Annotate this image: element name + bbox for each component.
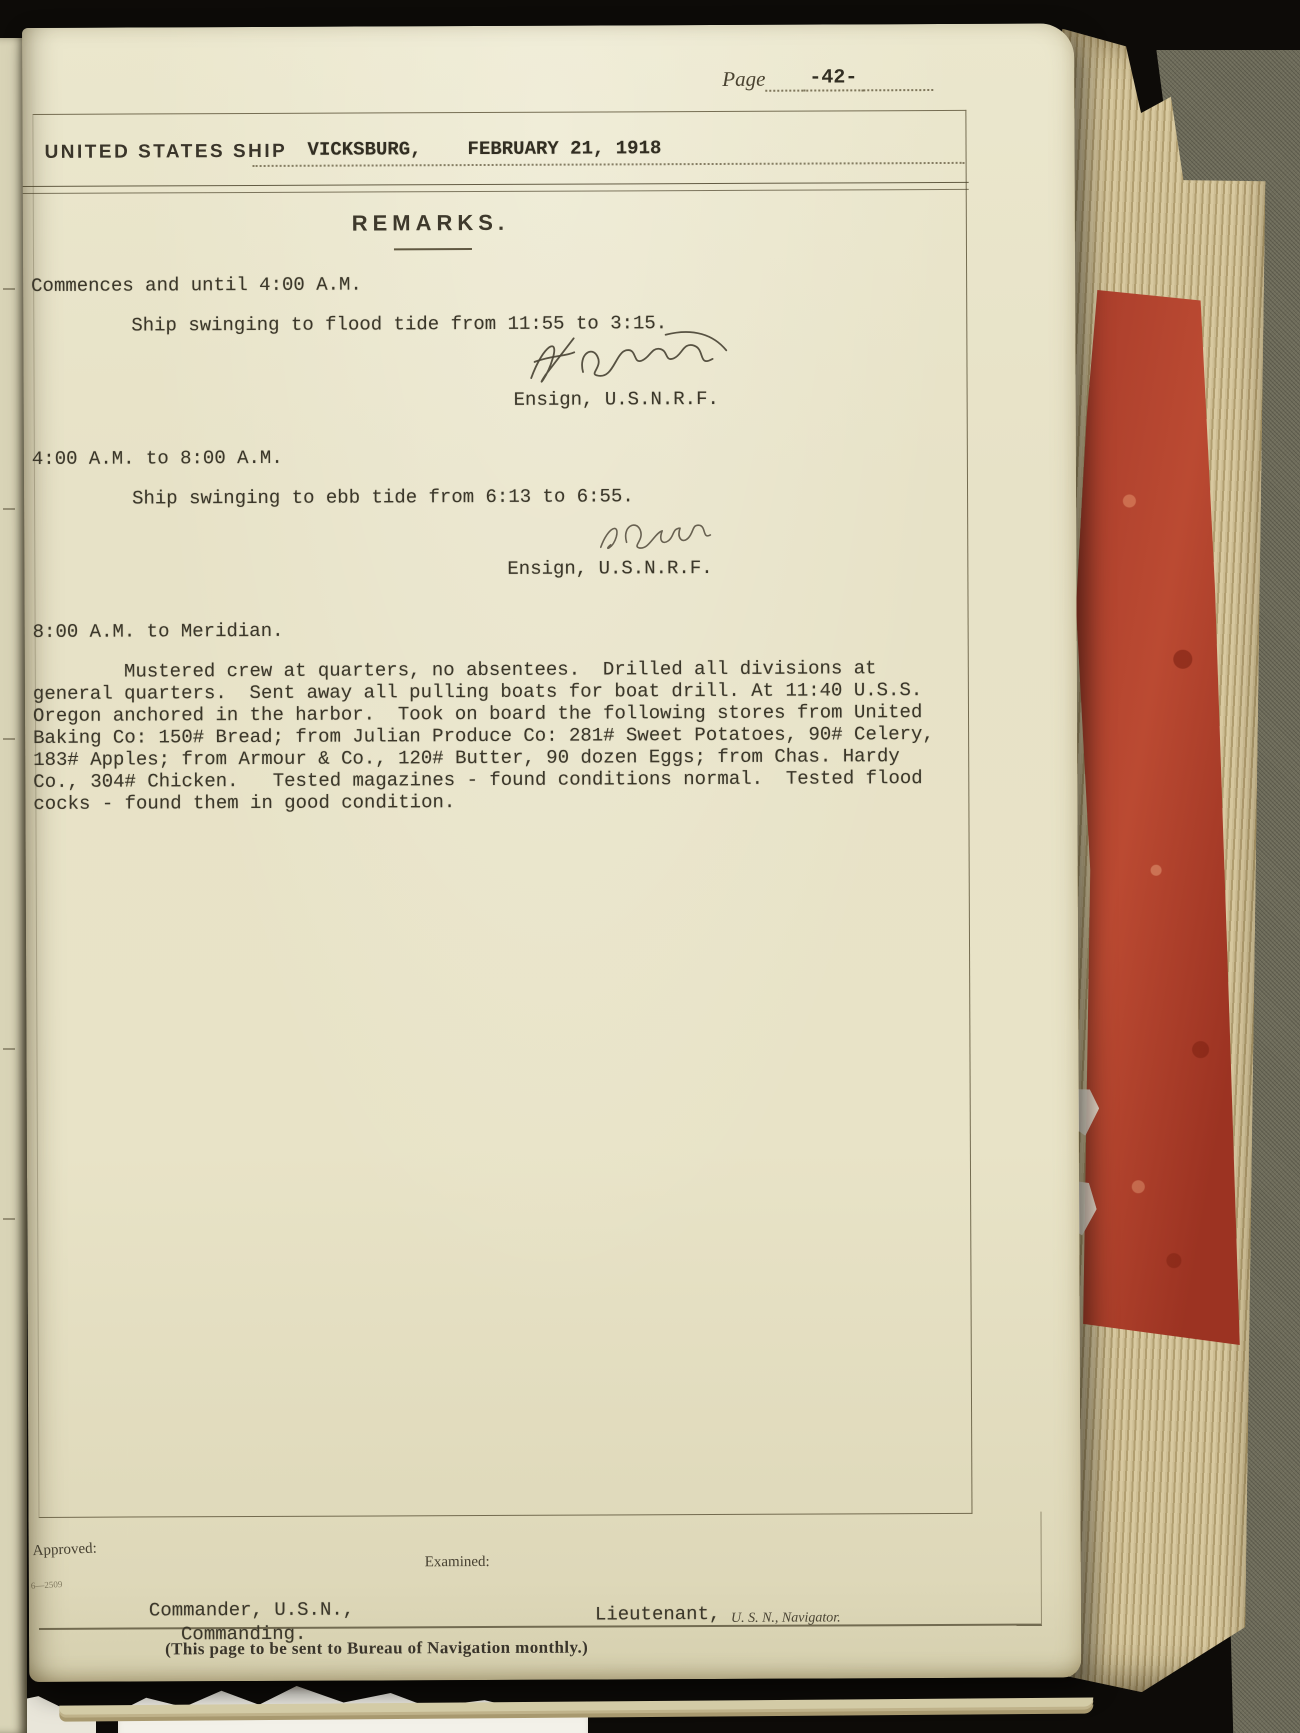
commander-title-line1: Commander, U.S.N., — [149, 1599, 354, 1622]
bureau-note: (This page to be sent to Bureau of Navig… — [165, 1638, 588, 1660]
signature-blee — [592, 512, 968, 552]
log-paragraph: Mustered crew at quarters, no absentees.… — [33, 657, 970, 815]
page-number: -42- — [803, 66, 863, 91]
form-number: 6—2509 — [31, 1579, 63, 1591]
navigator-print-label: U. S. N., Navigator. — [731, 1610, 841, 1626]
page-label: Page — [722, 67, 765, 92]
page-fragment-mark — [3, 1048, 15, 1050]
signature-reeves — [516, 329, 967, 383]
dotted-fill — [863, 67, 933, 91]
dotted-fill — [765, 68, 803, 92]
watch-section-heading: 4:00 A.M. to 8:00 A.M. — [32, 444, 968, 470]
remarks-underline — [394, 248, 472, 250]
log-page: Page -42- UNITED STATES SHIP VICKSBURG, … — [22, 23, 1081, 1682]
log-text-line: Ship swinging to ebb tide from 6:13 to 6… — [32, 484, 968, 510]
page-fragment-mark — [3, 1218, 15, 1220]
signature-title: Ensign, U.S.N.R.F. — [514, 387, 968, 411]
watch-section-heading: 8:00 A.M. to Meridian. — [33, 617, 969, 643]
log-text-line: cocks - found them in good condition. — [33, 789, 969, 815]
navigator-title: Lieutenant, — [595, 1603, 721, 1626]
signature-block: Ensign, U.S.N.R.F. — [32, 512, 968, 582]
page-fragment-mark — [3, 508, 15, 510]
approved-label: Approved: — [32, 1541, 97, 1561]
page-number-row: Page -42- — [722, 66, 933, 92]
log-text-line: Co., 304# Chicken. Tested magazines - fo… — [33, 767, 969, 793]
ship-label: UNITED STATES SHIP — [44, 141, 287, 164]
page-fragment-mark — [3, 738, 15, 740]
ship-name: VICKSBURG, — [307, 138, 421, 160]
signature-block: Ensign, U.S.N.R.F. — [31, 329, 967, 413]
remarks-title: REMARKS. — [23, 208, 838, 238]
signature-title: Ensign, U.S.N.R.F. — [507, 556, 968, 580]
remarks-entries: Commences and until 4:00 A.M.Ship swingi… — [31, 271, 969, 815]
logbook-photo: Page -42- UNITED STATES SHIP VICKSBURG, … — [0, 0, 1300, 1733]
watch-section-heading: Commences and until 4:00 A.M. — [31, 271, 967, 297]
page-fragment-mark — [3, 288, 15, 290]
examined-label: Examined: — [425, 1554, 490, 1571]
log-date: FEBRUARY 21, 1918 — [467, 137, 661, 160]
